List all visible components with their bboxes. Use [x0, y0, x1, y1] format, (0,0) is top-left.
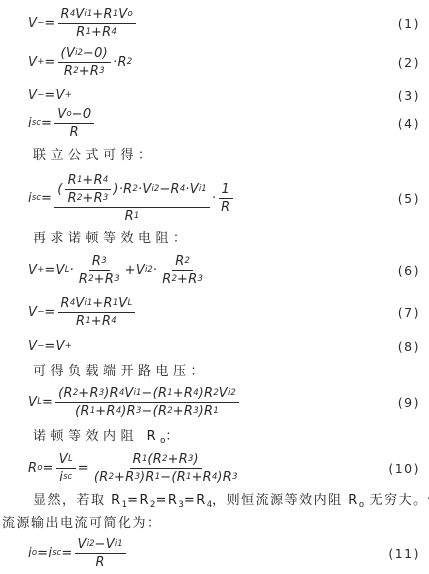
numerator-rest: )·R2·Vi2−R4·Vi1 [113, 182, 206, 197]
fraction-numerator: R3 [89, 254, 110, 271]
equation-lhs: isc= [28, 116, 52, 131]
equation-tail: ·R2 [113, 55, 132, 70]
equation-lhs: V+= [28, 55, 56, 70]
inner-fraction-numerator: R1+R4 [65, 173, 112, 190]
equation-number-8: (8) [398, 339, 420, 354]
equation-number-5: (5) [398, 191, 420, 206]
paragraph-line-2: 流源输出电流可简化为： [2, 512, 427, 535]
equation-lhs: V+=VL· [28, 263, 74, 278]
tail-fraction-numerator: 1 [219, 182, 234, 199]
fraction-denominator: R1+R4 [73, 313, 120, 329]
equation-6: V+=VL· R3 R2+R3 +Vi2· R2 R2+R3 (6) [28, 251, 420, 289]
equation-expression: V−=V+ [28, 339, 72, 354]
equation-4: isc= Vo−0 R (4) [28, 106, 420, 140]
outer-fraction-numerator: ( R1+R4 R2+R3 )·R2·Vi2−R4·Vi1 [54, 173, 209, 208]
equation-lhs: V−= [28, 16, 56, 31]
fraction-numerator: (Vi2−0) [58, 46, 112, 63]
equation-2-body: V+= (Vi2−0) R2+R3 ·R2 [28, 46, 132, 79]
numerator-row: ( R1+R4 R2+R3 )·R2·Vi2−R4·Vi1 [57, 173, 206, 206]
fraction-denominator: R2+R3 [159, 271, 206, 287]
equation-number-4: (4) [398, 116, 420, 131]
fraction-numerator: Vo−0 [54, 107, 94, 124]
fraction-1: VL isc [56, 452, 76, 485]
equation-number-11: (11) [388, 546, 420, 561]
text-line-norton-internal-resistance: 诺顿等效内阻 Ro： [2, 428, 427, 446]
equation-2: V+= (Vi2−0) R2+R3 ·R2 (2) [28, 44, 420, 80]
equation-lhs: VL= [28, 395, 53, 410]
equation-number-6: (6) [398, 263, 420, 278]
fraction-denominator: R1+R4 [73, 24, 120, 40]
equation-6-body: V+=VL· R3 R2+R3 +Vi2· R2 R2+R3 [28, 254, 208, 287]
equation-5-body: isc= ( R1+R4 R2+R3 )·R2·Vi2−R4·Vi1 R1 · [28, 173, 235, 224]
tail-fraction: 1 R [218, 182, 233, 215]
equation-7-body: V−= R4Vi1+R1VL R1+R4 [28, 296, 137, 329]
outer-fraction-denominator: R1 [122, 208, 143, 224]
equation-number-7: (7) [398, 305, 420, 320]
paragraph-line-1: 显然，若取 R1=R2=R3=R4，则恒流源等效内阻 Ro 无穷大。恒 [2, 489, 427, 512]
equation-1: V−= R4Vi1+R1Vo R1+R4 (1) [28, 4, 420, 42]
equation-9: VL= (R2+R3)R4Vi1−(R1+R4)R2Vi2 (R1+R4)R3−… [28, 382, 420, 422]
equation-9-body: VL= (R2+R3)R4Vi1−(R1+R4)R2Vi2 (R1+R4)R3−… [28, 386, 241, 419]
outer-fraction: ( R1+R4 R2+R3 )·R2·Vi2−R4·Vi1 R1 [54, 173, 209, 224]
equation-7: V−= R4Vi1+R1VL R1+R4 (7) [28, 293, 420, 331]
text-line-combine-formulas: 联立公式可得： [2, 147, 427, 165]
equation-11: io=isc= Vi2−Vi1 R (11) [28, 535, 420, 571]
open-paren: ( [57, 182, 62, 197]
fraction-denominator: R [67, 124, 82, 140]
fraction-2: R1(R2+R3) (R2+R3)R1−(R1+R4)R3 [91, 452, 241, 485]
equation-number-3: (3) [398, 88, 420, 103]
fraction-numerator: R1(R2+R3) [130, 452, 202, 469]
fraction-denominator: R [92, 554, 107, 570]
multiplication-dot: · [212, 191, 216, 206]
paragraph-simplification: 显然，若取 R1=R2=R3=R4，则恒流源等效内阻 Ro 无穷大。恒 流源输出… [2, 489, 427, 535]
fraction-2: R2 R2+R3 [159, 254, 206, 287]
equation-middle: +Vi2· [125, 263, 158, 278]
fraction-numerator: VL [56, 452, 76, 469]
equation-8-body: V−=V+ [28, 339, 72, 354]
fraction-denominator: R2+R3 [61, 63, 108, 79]
equation-lhs: V−= [28, 305, 56, 320]
fraction-1: R3 R2+R3 [76, 254, 123, 287]
equation-10-body: Ro= VL isc = R1(R2+R3) (R2+R3)R1−(R1+R4)… [28, 452, 243, 485]
fraction-numerator: R4Vi1+R1VL [58, 296, 136, 313]
text-line-norton-resistance: 再求诺顿等效电阻： [2, 230, 427, 248]
equation-number-1: (1) [398, 16, 420, 31]
equation-1-body: V−= R4Vi1+R1Vo R1+R4 [28, 7, 138, 40]
equation-3: V−=V+ (3) [28, 87, 420, 103]
equation-lhs: Ro= [28, 461, 54, 476]
fraction: Vo−0 R [54, 107, 94, 140]
equation-11-body: io=isc= Vi2−Vi1 R [28, 537, 128, 570]
fraction-denominator: (R2+R3)R1−(R1+R4)R3 [91, 469, 241, 485]
equation-10: Ro= VL isc = R1(R2+R3) (R2+R3)R1−(R1+R4)… [28, 448, 420, 488]
fraction: R4Vi1+R1Vo R1+R4 [58, 7, 136, 40]
fraction: Vi2−Vi1 R [75, 537, 126, 570]
fraction-numerator: Vi2−Vi1 [75, 537, 126, 554]
equation-8: V−=V+ (8) [28, 338, 420, 354]
equation-3-body: V−=V+ [28, 88, 72, 103]
equation-expression: V−=V+ [28, 88, 72, 103]
text-line-open-circuit-voltage: 可得负载端开路电压： [2, 363, 427, 381]
equation-lhs: io=isc= [28, 546, 73, 561]
equation-lhs: isc= [28, 191, 52, 206]
tail-fraction-denominator: R [218, 199, 233, 215]
fraction-denominator: R2+R3 [76, 271, 123, 287]
fraction-denominator: (R1+R4)R3−(R2+R3)R1 [72, 403, 222, 419]
document-page: V−= R4Vi1+R1Vo R1+R4 (1) V+= (Vi2−0) R2+… [0, 0, 429, 574]
fraction: R4Vi1+R1VL R1+R4 [58, 296, 136, 329]
fraction: (R2+R3)R4Vi1−(R1+R4)R2Vi2 (R1+R4)R3−(R2+… [55, 386, 239, 419]
fraction-numerator: (R2+R3)R4Vi1−(R1+R4)R2Vi2 [55, 386, 239, 403]
equation-number-9: (9) [398, 395, 420, 410]
fraction-denominator: isc [56, 469, 75, 485]
equation-5: isc= ( R1+R4 R2+R3 )·R2·Vi2−R4·Vi1 R1 · [28, 168, 420, 228]
fraction-numerator: R2 [172, 254, 193, 271]
fraction: (Vi2−0) R2+R3 [58, 46, 112, 79]
equation-4-body: isc= Vo−0 R [28, 107, 96, 140]
fraction-numerator: R4Vi1+R1Vo [58, 7, 136, 24]
inner-fraction-denominator: R2+R3 [65, 190, 112, 206]
equation-number-10: (10) [388, 461, 420, 476]
equals-sign: = [78, 461, 89, 476]
equation-number-2: (2) [398, 55, 420, 70]
inner-fraction: R1+R4 R2+R3 [65, 173, 112, 206]
